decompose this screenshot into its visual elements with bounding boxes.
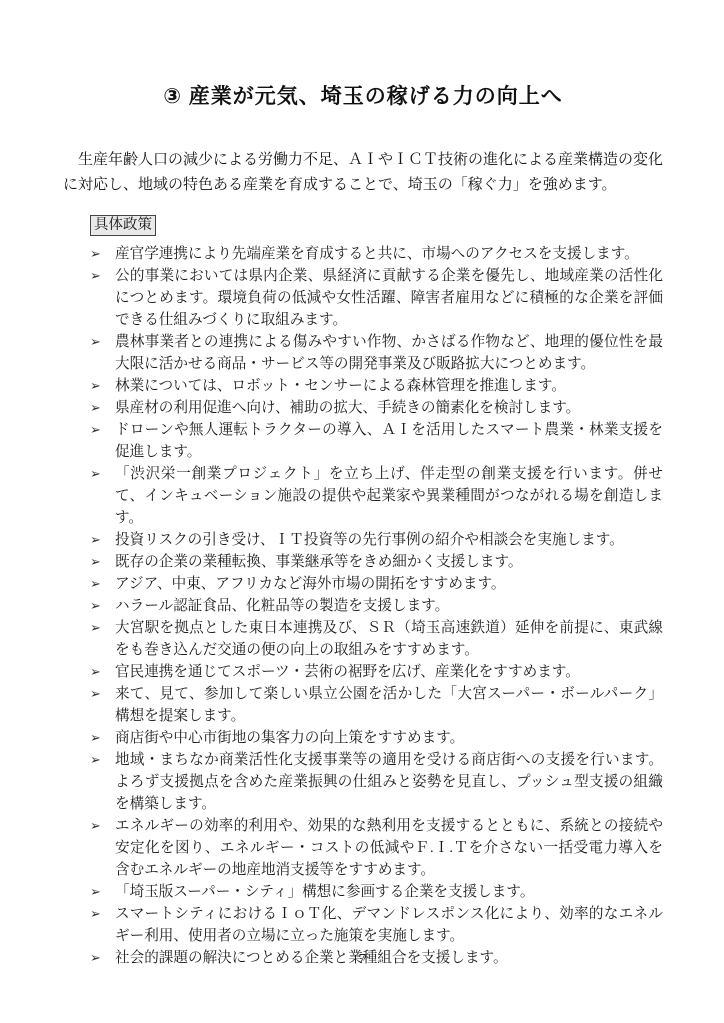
arrow-bullet-icon: ➢ <box>90 903 115 947</box>
list-item: ➢ エネルギーの効率的利用や、効果的な熱利用を支援するとともに、系統との接続や安… <box>90 815 663 881</box>
list-item: ➢ ハラール認証食品、化粧品等の製造を支援します。 <box>90 595 663 617</box>
list-item: ➢ 官民連携を通じてスポーツ・芸術の裾野を広げ、産業化をすすめます。 <box>90 661 663 683</box>
list-item: ➢ 既存の企業の業種転換、事業継承等をきめ細かく支援します。 <box>90 551 663 573</box>
list-item-text: 大宮駅を拠点とした東日本連携及び、ＳＲ（埼玉高速鉄道）延伸を前提に、東武線をも巻… <box>115 617 663 661</box>
list-item: ➢ 投資リスクの引き受け、ＩＴ投資等の先行事例の紹介や相談会を実施します。 <box>90 529 663 551</box>
list-item-text: 来て、見て、参加して楽しい県立公園を活かした「大宮スーパー・ボールパーク」構想を… <box>115 683 663 727</box>
arrow-bullet-icon: ➢ <box>90 727 115 749</box>
section-label-box: 具体政策 <box>90 215 156 236</box>
arrow-bullet-icon: ➢ <box>90 661 115 683</box>
list-item-text: 商店街や中心市街地の集客力の向上策をすすめます。 <box>115 727 663 749</box>
page-number: 7 <box>0 951 724 967</box>
arrow-bullet-icon: ➢ <box>90 881 115 903</box>
arrow-bullet-icon: ➢ <box>90 265 115 331</box>
list-item: ➢ 農林事業者との連携による傷みやすい作物、かさばる作物など、地理的優位性を最大… <box>90 331 663 375</box>
list-item: ➢ スマートシティにおけるＩｏＴ化、デマンドレスポンス化により、効率的なエネルギ… <box>90 903 663 947</box>
list-item-text: 既存の企業の業種転換、事業継承等をきめ細かく支援します。 <box>115 551 663 573</box>
list-item-text: ドローンや無人運転トラクターの導入、ＡＩを活用したスマート農業・林業支援を促進し… <box>115 419 663 463</box>
list-item: ➢ 来て、見て、参加して楽しい県立公園を活かした「大宮スーパー・ボールパーク」構… <box>90 683 663 727</box>
list-item: ➢ 商店街や中心市街地の集客力の向上策をすすめます。 <box>90 727 663 749</box>
arrow-bullet-icon: ➢ <box>90 375 115 397</box>
list-item-text: スマートシティにおけるＩｏＴ化、デマンドレスポンス化により、効率的なエネルギー利… <box>115 903 663 947</box>
arrow-bullet-icon: ➢ <box>90 243 115 265</box>
list-item: ➢ 県産材の利用促進へ向け、補助の拡大、手続きの簡素化を検討します。 <box>90 397 663 419</box>
list-item: ➢ アジア、中東、アフリカなど海外市場の開拓をすすめます。 <box>90 573 663 595</box>
arrow-bullet-icon: ➢ <box>90 419 115 463</box>
list-item-text: 農林事業者との連携による傷みやすい作物、かさばる作物など、地理的優位性を最大限に… <box>115 331 663 375</box>
list-item-text: エネルギーの効率的利用や、効果的な熱利用を支援するとともに、系統との接続や安定化… <box>115 815 663 881</box>
list-item-text: 県産材の利用促進へ向け、補助の拡大、手続きの簡素化を検討します。 <box>115 397 663 419</box>
list-item: ➢ 地域・まちなか商業活性化支援事業等の適用を受ける商店街への支援を行います。よ… <box>90 749 663 815</box>
list-item: ➢ 「渋沢栄一創業プロジェクト」を立ち上げ、伴走型の創業支援を行います。併せて、… <box>90 463 663 529</box>
arrow-bullet-icon: ➢ <box>90 595 115 617</box>
list-item: ➢ 林業については、ロボット・センサーによる森林管理を推進します。 <box>90 375 663 397</box>
list-item-text: 地域・まちなか商業活性化支援事業等の適用を受ける商店街への支援を行います。よろず… <box>115 749 663 815</box>
list-item-text: 林業については、ロボット・センサーによる森林管理を推進します。 <box>115 375 663 397</box>
arrow-bullet-icon: ➢ <box>90 573 115 595</box>
list-item-text: 官民連携を通じてスポーツ・芸術の裾野を広げ、産業化をすすめます。 <box>115 661 663 683</box>
list-item: ➢ 「埼玉版スーパー・シティ」構想に参画する企業を支援します。 <box>90 881 663 903</box>
arrow-bullet-icon: ➢ <box>90 397 115 419</box>
list-item: ➢ 産官学連携により先端産業を育成すると共に、市場へのアクセスを支援します。 <box>90 243 663 265</box>
list-item-text: 投資リスクの引き受け、ＩＴ投資等の先行事例の紹介や相談会を実施します。 <box>115 529 663 551</box>
list-item-text: アジア、中東、アフリカなど海外市場の開拓をすすめます。 <box>115 573 663 595</box>
arrow-bullet-icon: ➢ <box>90 617 115 661</box>
arrow-bullet-icon: ➢ <box>90 331 115 375</box>
page-title: ③ 産業が元気、埼玉の稼げる力の向上へ <box>63 82 663 112</box>
list-item-text: 公的事業においては県内企業、県経済に貢献する企業を優先し、地域産業の活性化につと… <box>115 265 663 331</box>
list-item-text: 産官学連携により先端産業を育成すると共に、市場へのアクセスを支援します。 <box>115 243 663 265</box>
list-item-text: 「埼玉版スーパー・シティ」構想に参画する企業を支援します。 <box>115 881 663 903</box>
list-item: ➢ ドローンや無人運転トラクターの導入、ＡＩを活用したスマート農業・林業支援を促… <box>90 419 663 463</box>
list-item-text: ハラール認証食品、化粧品等の製造を支援します。 <box>115 595 663 617</box>
arrow-bullet-icon: ➢ <box>90 749 115 815</box>
arrow-bullet-icon: ➢ <box>90 683 115 727</box>
document-page: ③ 産業が元気、埼玉の稼げる力の向上へ 生産年齢人口の減少による労働力不足、ＡＩ… <box>0 0 724 1023</box>
list-item: ➢ 公的事業においては県内企業、県経済に貢献する企業を優先し、地域産業の活性化に… <box>90 265 663 331</box>
arrow-bullet-icon: ➢ <box>90 529 115 551</box>
policy-list: ➢ 産官学連携により先端産業を育成すると共に、市場へのアクセスを支援します。 ➢… <box>63 243 663 969</box>
arrow-bullet-icon: ➢ <box>90 463 115 529</box>
list-item-text: 「渋沢栄一創業プロジェクト」を立ち上げ、伴走型の創業支援を行います。併せて、イン… <box>115 463 663 529</box>
list-item: ➢ 大宮駅を拠点とした東日本連携及び、ＳＲ（埼玉高速鉄道）延伸を前提に、東武線を… <box>90 617 663 661</box>
arrow-bullet-icon: ➢ <box>90 815 115 881</box>
intro-paragraph: 生産年齢人口の減少による労働力不足、ＡＩやＩＣＴ技術の進化による産業構造の変化に… <box>63 148 663 198</box>
arrow-bullet-icon: ➢ <box>90 551 115 573</box>
